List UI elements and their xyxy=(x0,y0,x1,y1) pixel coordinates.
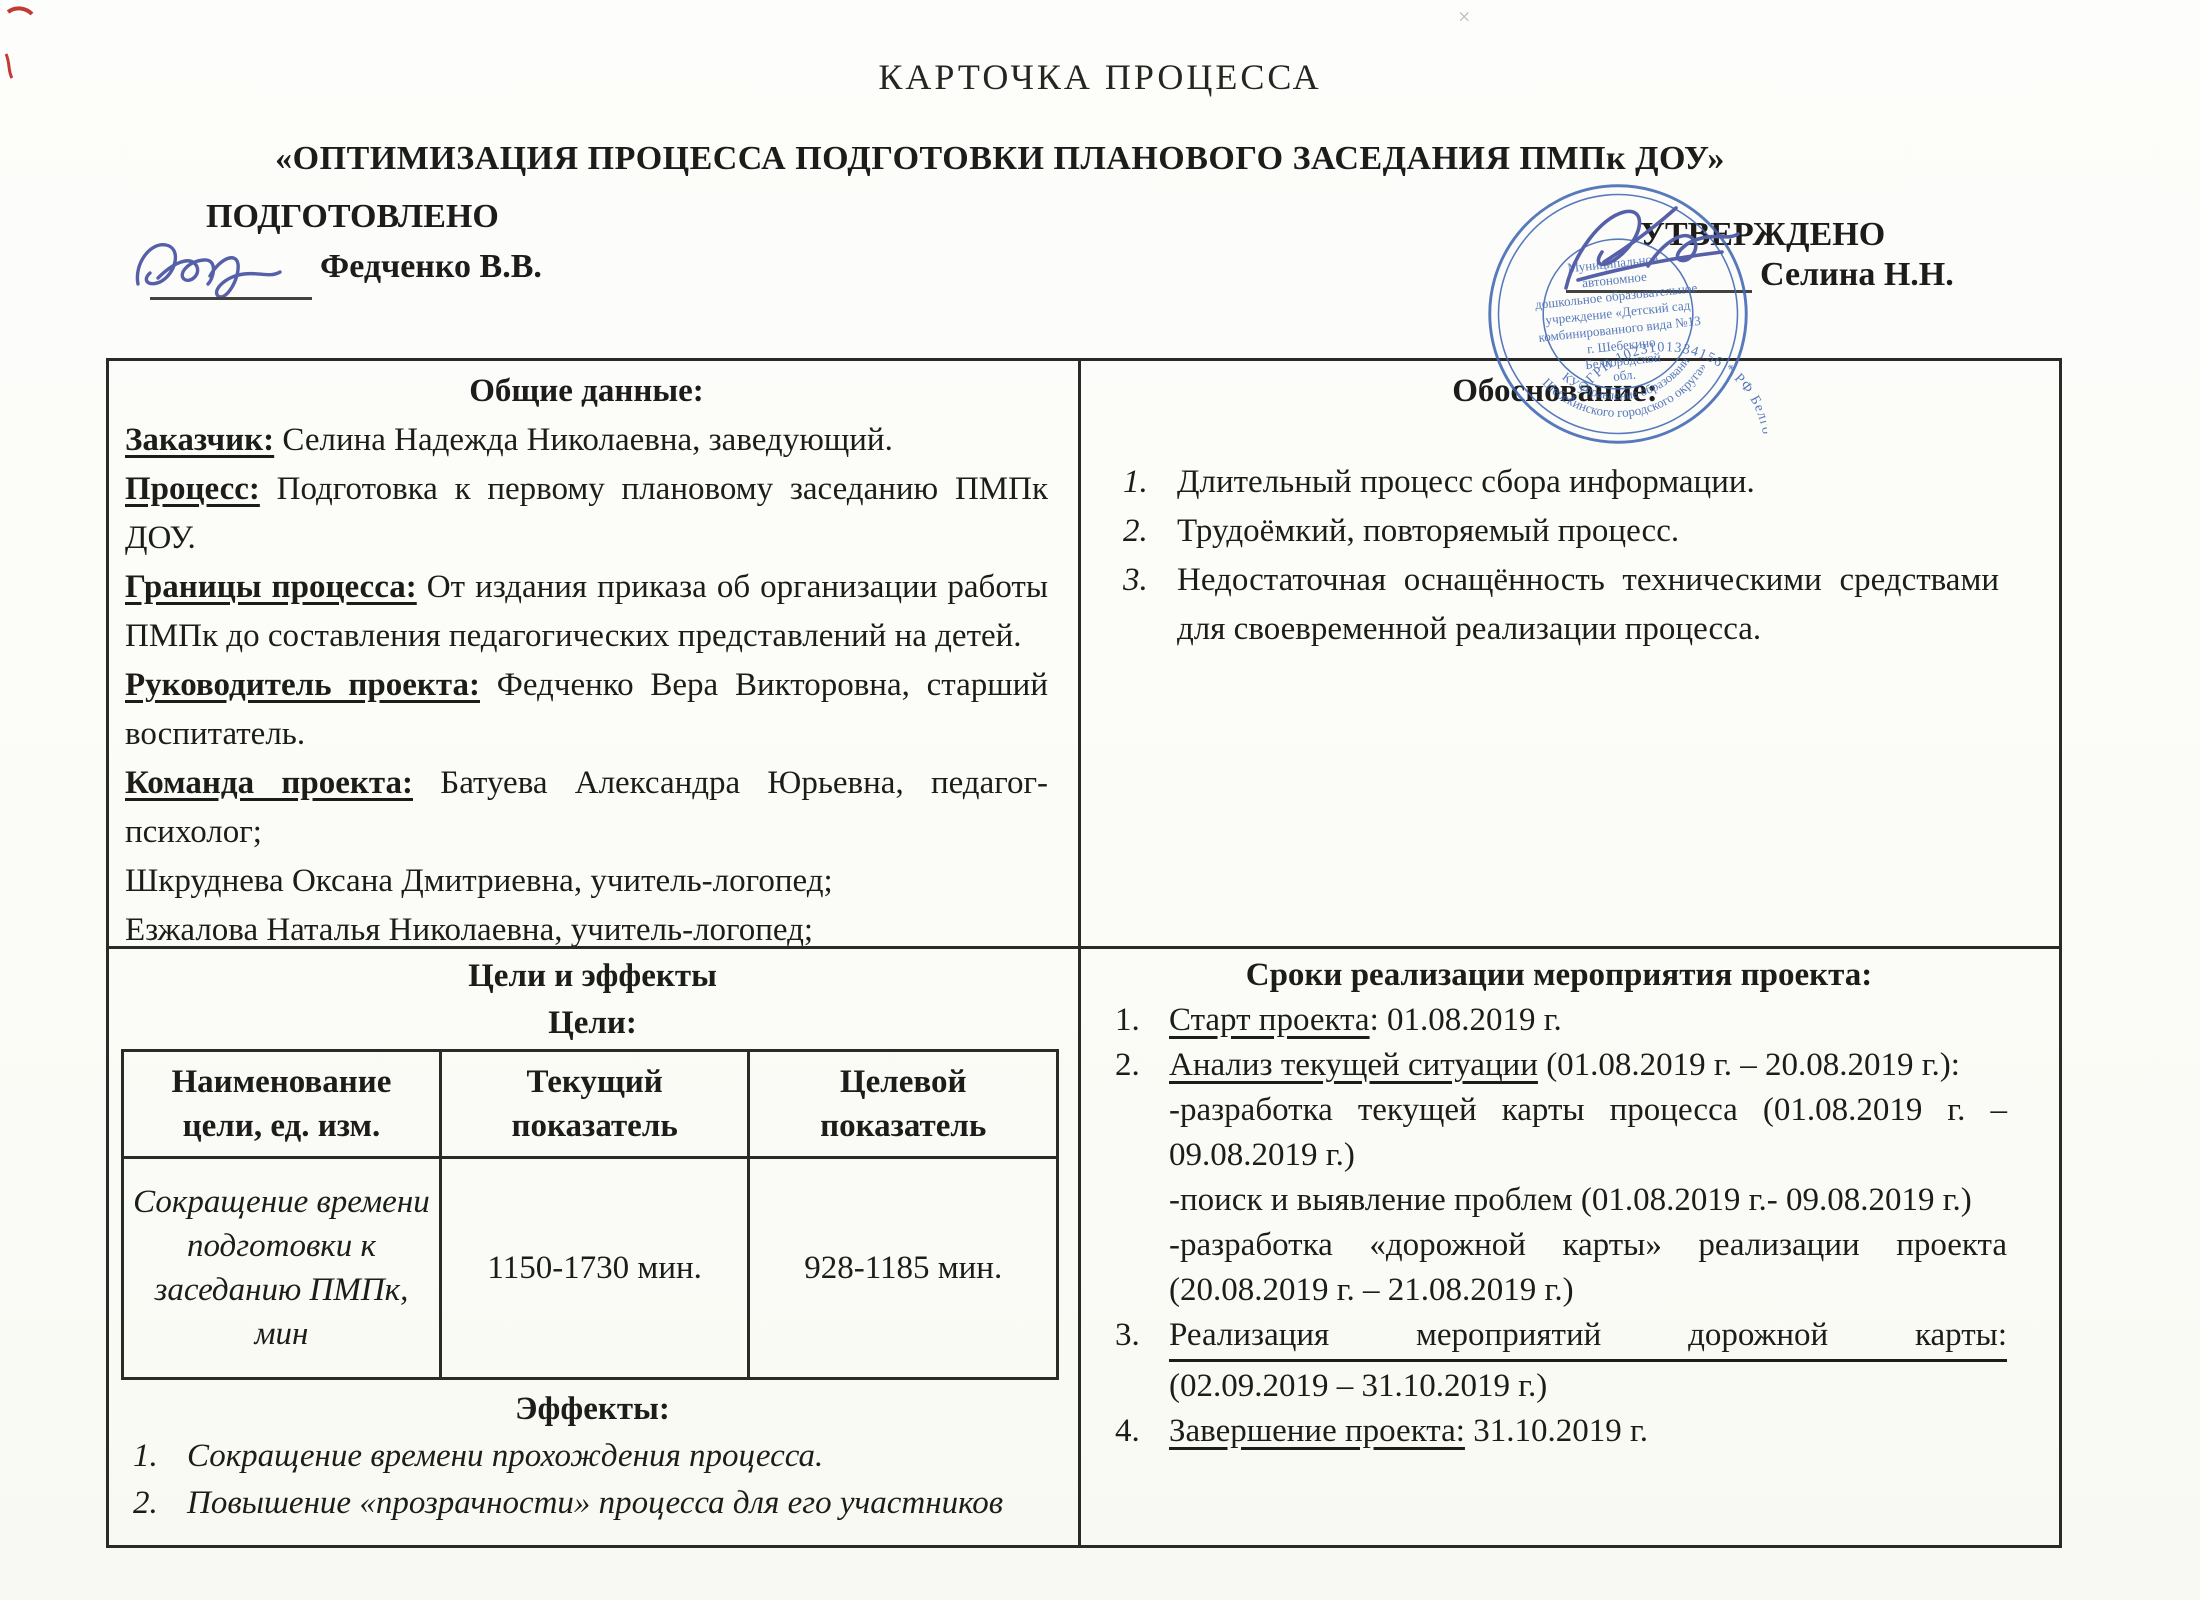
goals-effects-title: Цели и эффекты xyxy=(121,953,1064,1000)
general-item-customer: Заказчик: Селина Надежда Николаевна, зав… xyxy=(125,416,1048,465)
goals-title: Цели: xyxy=(121,1000,1064,1047)
deadline-subitem: -поиск и выявление проблем (01.08.2019 г… xyxy=(1169,1178,2007,1223)
deadline-subitem: -разработка «дорожной карты» реализации … xyxy=(1169,1223,2007,1313)
effect-item: 2.Повышение «прозрачности» процесса для … xyxy=(121,1480,1064,1527)
goal-target-cell: 928-1185 мин. xyxy=(749,1158,1058,1379)
effect-item: 1.Сокращение времени прохождения процесс… xyxy=(121,1433,1064,1480)
deadline-underlined-line: Реализация мероприятий дорожной карты: xyxy=(1169,1313,2007,1362)
goals-col-header: Наименование цели, ед. изм. xyxy=(123,1051,441,1158)
general-item-process: Процесс: Подготовка к первому плановому … xyxy=(125,465,1048,563)
prepared-name: Федченко В.В. xyxy=(320,248,542,286)
justification-item: 1.Длительный процесс сбора информации. xyxy=(1111,458,1999,507)
prepared-signature xyxy=(130,232,320,304)
goals-table-row: Сокращение времени подготовки к заседани… xyxy=(123,1158,1058,1379)
general-item-boundaries: Границы процесса: От издания приказа об … xyxy=(125,563,1048,661)
effects-title: Эффекты: xyxy=(121,1386,1064,1433)
goal-current-cell: 1150-1730 мин. xyxy=(440,1158,749,1379)
approved-name: Селина Н.Н. xyxy=(1760,256,1954,294)
general-data-title: Общие данные: xyxy=(125,367,1048,416)
prepared-label: ПОДГОТОВЛЕНО xyxy=(206,198,499,236)
scanned-document: × КАРТОЧКА ПРОЦЕССА «ОПТИМИЗАЦИЯ ПРОЦЕСС… xyxy=(0,0,2200,1600)
general-item-team: Команда проекта: Батуева Александра Юрье… xyxy=(125,759,1048,857)
goals-table-header-row: Наименование цели, ед. изм. Текущий пока… xyxy=(123,1051,1058,1158)
deadline-dates: (02.09.2019 – 31.10.2019 г.) xyxy=(1169,1364,2007,1409)
justification-item: 3.Недостаточная оснащённость техническим… xyxy=(1111,556,1999,654)
team-member: Шкруднева Оксана Дмитриевна, учитель-лог… xyxy=(125,857,1048,906)
deadline-item: 2.Анализ текущей ситуации (01.08.2019 г.… xyxy=(1111,1043,2007,1313)
goal-name-cell: Сокращение времени подготовки к заседани… xyxy=(123,1158,441,1379)
deadline-item: 3. Реализация мероприятий дорожной карты… xyxy=(1111,1313,2007,1409)
deadline-item: 1.Старт проекта: 01.08.2019 г. xyxy=(1111,998,2007,1043)
goals-col-header: Целевой показатель xyxy=(749,1051,1058,1158)
goals-table: Наименование цели, ед. изм. Текущий пока… xyxy=(121,1049,1059,1380)
stamp-center-line: обл. xyxy=(1612,367,1636,384)
process-card-table: Общие данные: Заказчик: Селина Надежда Н… xyxy=(106,358,2062,1548)
page-title: КАРТОЧКА ПРОЦЕССА xyxy=(0,56,2200,98)
general-data-cell: Общие данные: Заказчик: Селина Надежда Н… xyxy=(109,361,1081,949)
goals-col-header: Текущий показатель xyxy=(440,1051,749,1158)
deadline-subitem: -разработка текущей карты процесса (01.0… xyxy=(1169,1088,2007,1178)
official-stamp: * ОГРН 1023101334156 * РФ Белгородская о… xyxy=(1469,165,1768,464)
team-member: Езжалова Наталья Николаевна, учитель-лог… xyxy=(125,906,1048,949)
general-item-leader: Руководитель проекта: Федченко Вера Викт… xyxy=(125,661,1048,759)
prepared-signature-line xyxy=(150,297,312,300)
deadline-item: 4.Завершение проекта: 31.10.2019 г. xyxy=(1111,1409,2007,1454)
gray-scan-artifact: × xyxy=(1458,4,1470,30)
deadlines-title: Сроки реализации мероприятия проекта: xyxy=(1111,953,2007,998)
deadlines-cell: Сроки реализации мероприятия проекта: 1.… xyxy=(1081,949,2059,1545)
goals-effects-cell: Цели и эффекты Цели: Наименование цели, … xyxy=(109,949,1081,1545)
justification-item: 2.Трудоёмкий, повторяемый процесс. xyxy=(1111,507,1999,556)
